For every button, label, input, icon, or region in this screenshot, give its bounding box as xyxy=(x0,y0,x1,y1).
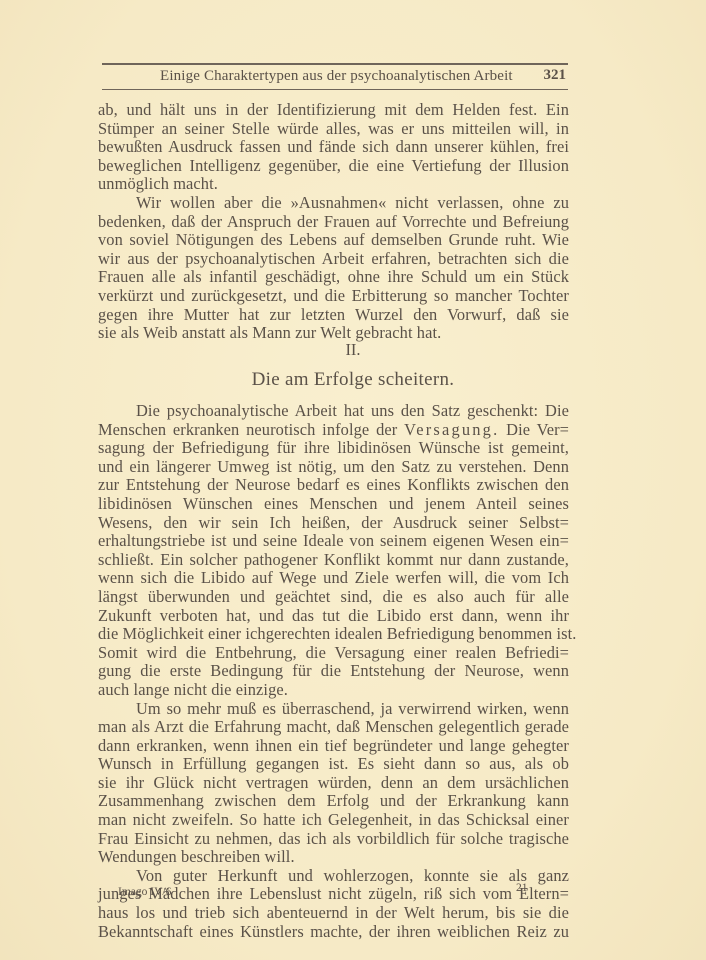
emphasized-term: Versagung. xyxy=(404,420,499,439)
text-fragment: Die Ver= xyxy=(499,420,569,439)
text-line: dann erkranken, wenn ihnen ein tief begr… xyxy=(98,737,569,756)
text-line: verkürzt und zurückgesetzt, und die Erbi… xyxy=(98,287,569,306)
text-line: sagung der Befriedigung für ihre libidin… xyxy=(98,439,569,458)
text-line: Zukunft verboten hat, und das tut die Li… xyxy=(98,607,569,626)
paragraph-block-2: Die psychoanalytische Arbeit hat uns den… xyxy=(98,402,569,941)
text-line: Um so mehr muß es überraschend, ja verwi… xyxy=(98,700,569,719)
text-line: sie ihr Glück nicht vertragen würden, de… xyxy=(98,774,569,793)
text-line: unmöglich macht. xyxy=(98,175,569,194)
text-line: zur Entstehung der Neurose bedarf es ein… xyxy=(98,476,569,495)
text-line: Wunsch in Erfüllung gegangen ist. Es sie… xyxy=(98,755,569,774)
section-number: II. xyxy=(0,340,706,360)
text-line: haus los und trieb sich abenteuernd in d… xyxy=(98,904,569,923)
text-line: Die psychoanalytische Arbeit hat uns den… xyxy=(98,402,569,421)
text-line: und ein längerer Umweg ist nötig, um den… xyxy=(98,458,569,477)
text-line: man nicht zweifeln. So hatte ich Gelegen… xyxy=(98,811,569,830)
text-line: Stümper an seiner Stelle würde alles, wa… xyxy=(98,120,569,139)
header-top-rule xyxy=(102,63,568,65)
text-line: gung die erste Bedingung für die Entsteh… xyxy=(98,662,569,681)
text-line: wenn sich die Libido auf Wege und Ziele … xyxy=(98,569,569,588)
journal-signature: Imago IV/6 xyxy=(118,886,171,898)
text-line: die Möglichkeit einer ichgerechten ideal… xyxy=(98,625,569,644)
section-title: Die am Erfolge scheitern. xyxy=(0,369,706,391)
text-line: Zusammenhang zwischen dem Erfolg und der… xyxy=(98,792,569,811)
text-line: Bekanntschaft eines Künstlers machte, de… xyxy=(98,923,569,942)
text-line: man als Arzt die Erfahrung macht, daß Me… xyxy=(98,718,569,737)
text-line: bedenken, daß der Anspruch der Frauen au… xyxy=(98,213,569,232)
text-line: auch lange nicht die einzige. xyxy=(98,681,569,700)
text-line: Wir wollen aber die »Ausnahmen« nicht ve… xyxy=(98,194,569,213)
text-line: Frau Einsicht zu nehmen, das ich als vor… xyxy=(98,830,569,849)
book-page: Einige Charaktertypen aus der psychoanal… xyxy=(0,0,706,960)
text-line: Frauen alle als infantil geschädigt, ohn… xyxy=(98,268,569,287)
text-line: ab, und hält uns in der Identifizierung … xyxy=(98,101,569,120)
text-line: gegen ihre Mutter hat zur letzten Wurzel… xyxy=(98,306,569,325)
text-line: bewußten Ausdruck fassen und fände sich … xyxy=(98,138,569,157)
text-line: Wesens, den wir sein Ich heißen, der Aus… xyxy=(98,514,569,533)
header-bottom-rule xyxy=(102,89,568,90)
running-head: Einige Charaktertypen aus der psychoanal… xyxy=(102,67,568,87)
running-title: Einige Charaktertypen aus der psychoanal… xyxy=(160,68,513,85)
text-fragment: Menschen erkranken neurotisch infolge de… xyxy=(98,420,404,439)
text-line: Somit wird die Entbehrung, die Versagung… xyxy=(98,644,569,663)
text-line: beweglichen Intelligenz gegenüber, die e… xyxy=(98,157,569,176)
sheet-signature: 21 xyxy=(516,882,528,894)
text-line: Von guter Herkunft und wohlerzogen, konn… xyxy=(98,867,569,886)
paragraph-block-1: ab, und hält uns in der Identifizierung … xyxy=(98,101,569,343)
text-line: Wendungen beschreiben will. xyxy=(98,848,569,867)
text-line: erhaltungstriebe ist und seine Ideale vo… xyxy=(98,532,569,551)
text-line: Menschen erkranken neurotisch infolge de… xyxy=(98,421,569,440)
text-line: längst überwunden und geächtet sind, die… xyxy=(98,588,569,607)
text-line: wir aus der psychoanalytischen Arbeit er… xyxy=(98,250,569,269)
text-line: libidinösen Wünschen eines Menschen und … xyxy=(98,495,569,514)
text-line: schließt. Ein solcher pathogener Konflik… xyxy=(98,551,569,570)
page-number: 321 xyxy=(544,67,567,84)
text-line: von soviel Nötigungen des Lebens auf dem… xyxy=(98,231,569,250)
